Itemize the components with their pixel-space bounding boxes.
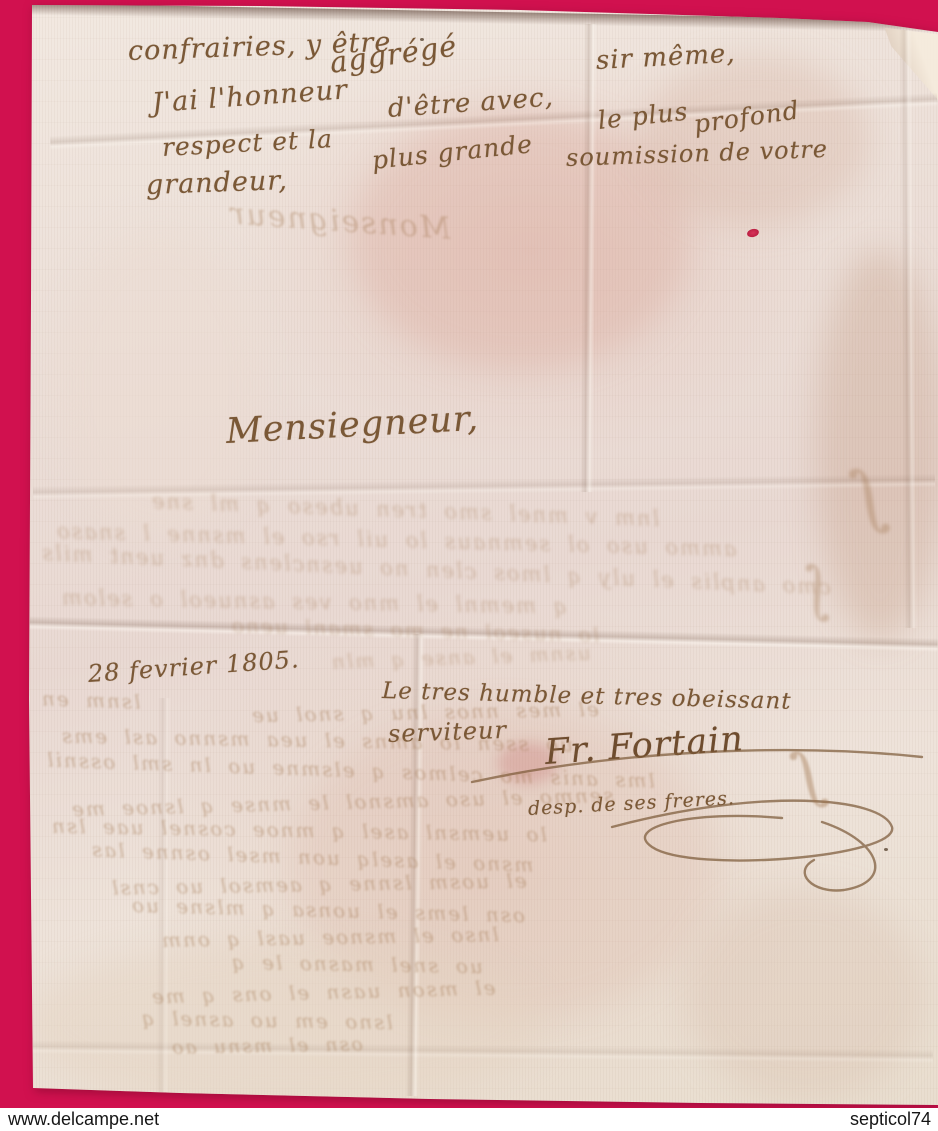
watermark-delcampe: www.delcampe.net xyxy=(8,1108,159,1131)
fold-crease-vertical-upper xyxy=(580,24,597,492)
paper-top-fold-shadow xyxy=(30,3,938,33)
bleedthrough-line: osn el msnu ao xyxy=(170,1033,363,1058)
bleedthrough-line: uo snel masno le q xyxy=(230,950,483,978)
handwriting-line: grandeur, xyxy=(145,165,288,201)
ink-speck xyxy=(420,38,424,41)
red-wax-dot xyxy=(746,228,760,239)
signature-flourish xyxy=(462,732,938,902)
letter-photograph: confrairies, y être aggrégé sir même, J'… xyxy=(0,0,938,1131)
watermark-strip: www.delcampe.net septicol74 xyxy=(0,1108,938,1131)
paper-wrap: confrairies, y être aggrégé sir même, J'… xyxy=(0,0,938,1110)
paper-stain xyxy=(685,890,925,1100)
bleedthrough-mark: ∫ xyxy=(796,553,836,626)
bleedthrough-line: lsnm en xyxy=(40,686,141,713)
letter-date: 28 fevrier 1805. xyxy=(87,645,300,688)
letter-paper: confrairies, y être aggrégé sir même, J'… xyxy=(0,0,938,1110)
bleedthrough-line: q memnl el mno ves asnueol o selom xyxy=(60,586,568,619)
bleedthrough-line: lsno em uo asnel q xyxy=(140,1006,393,1034)
bleedthrough-line: usnm el anse q mln xyxy=(330,640,591,673)
watermark-septicol74: septicol74 xyxy=(850,1108,931,1131)
handwriting-line: J'ai l'honneur xyxy=(151,74,349,119)
